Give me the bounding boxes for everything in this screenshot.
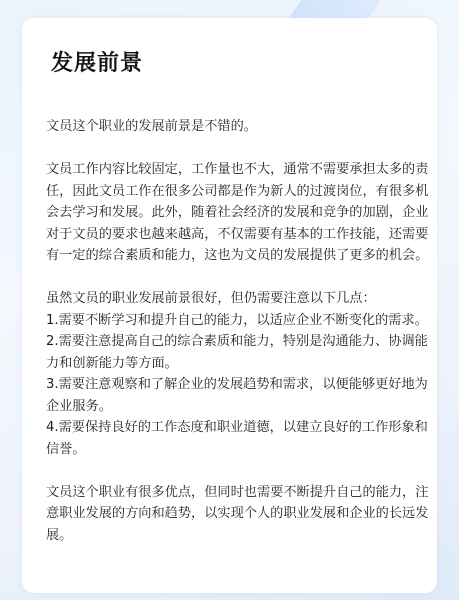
text-line: 展。 bbox=[46, 525, 418, 547]
text-line: 意职业发展的方向和趋势，以实现个人的职业发展和企业的长远发 bbox=[46, 503, 418, 525]
list-item-continued: 力和创新能力等方面。 bbox=[46, 353, 418, 375]
list-item-continued: 企业服务。 bbox=[46, 396, 418, 418]
paragraph-intro: 文员这个职业的发展前景是不错的。 bbox=[46, 116, 418, 138]
paragraph-notes: 虽然文员的职业发展前景很好，但仍需要注意以下几点： 1.需要不断学习和提升自己的… bbox=[46, 288, 418, 460]
paragraph-conclusion: 文员这个职业有很多优点，但同时也需要不断提升自己的能力，注 意职业发展的方向和趋… bbox=[46, 482, 418, 547]
text-line: 有一定的综合素质和能力，这也为文员的发展提供了更多的机会。 bbox=[46, 245, 418, 267]
list-item: 1.需要不断学习和提升自己的能力，以适应企业不断变化的需求。 bbox=[46, 310, 418, 332]
list-item: 4.需要保持良好的工作态度和职业道德，以建立良好的工作形象和 bbox=[46, 417, 418, 439]
list-item-continued: 信誉。 bbox=[46, 439, 418, 461]
text-line: 文员工作内容比较固定，工作量也不大，通常不需要承担太多的责 bbox=[46, 159, 418, 181]
text-line: 对于文员的要求也越来越高，不仅需要有基本的工作技能，还需要 bbox=[46, 224, 418, 246]
text-line: 任，因此文员工作在很多公司都是作为新人的过渡岗位，有很多机 bbox=[46, 181, 418, 203]
paragraph-overview: 文员工作内容比较固定，工作量也不大，通常不需要承担太多的责 任，因此文员工作在很… bbox=[46, 159, 418, 267]
text-line: 文员这个职业有很多优点，但同时也需要不断提升自己的能力，注 bbox=[46, 482, 418, 504]
document-body: 文员这个职业的发展前景是不错的。 文员工作内容比较固定，工作量也不大，通常不需要… bbox=[46, 116, 418, 568]
text-line: 会去学习和发展。此外，随着社会经济的发展和竞争的加剧，企业 bbox=[46, 202, 418, 224]
list-item: 2.需要注意提高自己的综合素质和能力，特别是沟通能力、协调能 bbox=[46, 331, 418, 353]
text-line: 虽然文员的职业发展前景很好，但仍需要注意以下几点： bbox=[46, 288, 418, 310]
page-title: 发展前景 bbox=[51, 46, 143, 77]
list-item: 3.需要注意观察和了解企业的发展趋势和需求，以便能够更好地为 bbox=[46, 374, 418, 396]
sparkle-icon: ✦ bbox=[418, 423, 430, 435]
background-decoration bbox=[289, 0, 382, 18]
text-line: 文员这个职业的发展前景是不错的。 bbox=[46, 116, 418, 138]
content-card: 发展前景 文员这个职业的发展前景是不错的。 文员工作内容比较固定，工作量也不大，… bbox=[22, 18, 437, 593]
